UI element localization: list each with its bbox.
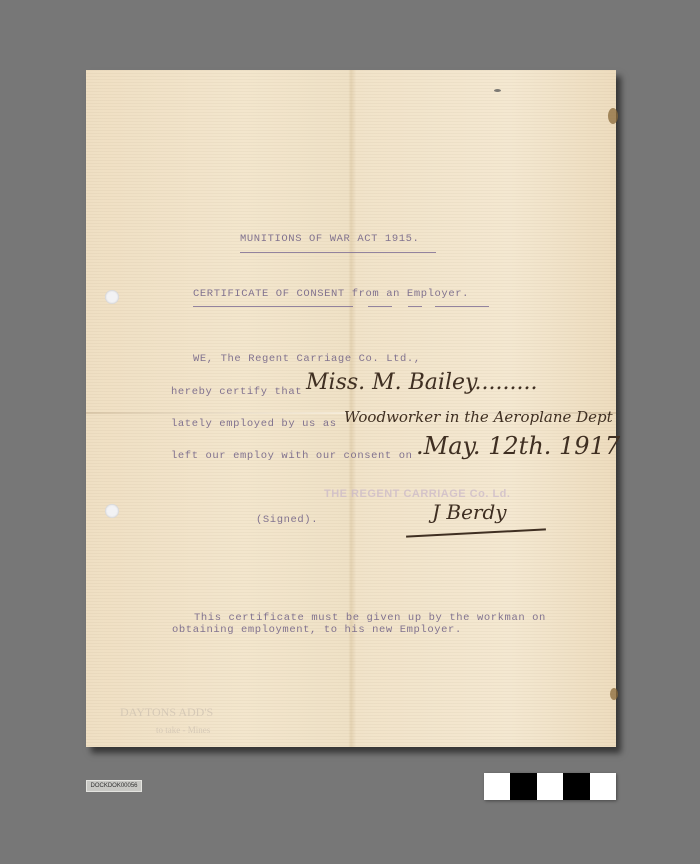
leave-date: .May. 12th. 1917 [416,432,620,460]
stain-mark [610,688,618,700]
document-page: MUNITIONS OF WAR ACT 1915. CERTIFICATE O… [86,70,616,747]
color-scale-bar [484,773,616,800]
scale-square-white [590,773,616,800]
scale-square-white [484,773,510,800]
signed-label: (Signed). [256,514,318,526]
punch-hole-bottom [105,504,119,518]
left-employ-label: left our employ with our consent on [171,450,413,462]
employed-as-label: lately employed by us as [171,418,337,430]
document-subtitle: CERTIFICATE OF CONSENT from an Employer. [193,288,469,300]
subtitle-underline [408,306,422,307]
subtitle-underline [193,306,353,307]
punch-hole-top [105,290,119,304]
signature-underline [406,528,546,537]
occupation: Woodworker in the Aeroplane Dept [344,408,613,426]
bleed-through-text: to take - Mines [156,725,210,735]
scale-square-black [563,773,589,800]
archive-label: DOCKDOK00056 [86,780,142,792]
employer-line: WE, The Regent Carriage Co. Ltd., [193,353,421,365]
certify-label: hereby certify that [171,386,302,398]
signature: J Berdy [432,500,507,524]
document-title: MUNITIONS OF WAR ACT 1915. [240,233,419,245]
footer-note-line2: obtaining employment, to his new Employe… [172,624,462,636]
title-underline [240,252,436,253]
employee-name: Miss. M. Bailey......... [306,370,537,395]
scale-square-black [510,773,536,800]
scale-square-white [537,773,563,800]
company-stamp: THE REGENT CARRIAGE Co. Ld. [324,488,510,500]
subtitle-underline [435,306,489,307]
footer-note-line1: This certificate must be given up by the… [194,612,546,624]
subtitle-underline [368,306,392,307]
bleed-through-text: DAYTONS ADD'S [120,705,213,720]
ink-dot [494,89,501,92]
stain-mark [608,108,618,124]
